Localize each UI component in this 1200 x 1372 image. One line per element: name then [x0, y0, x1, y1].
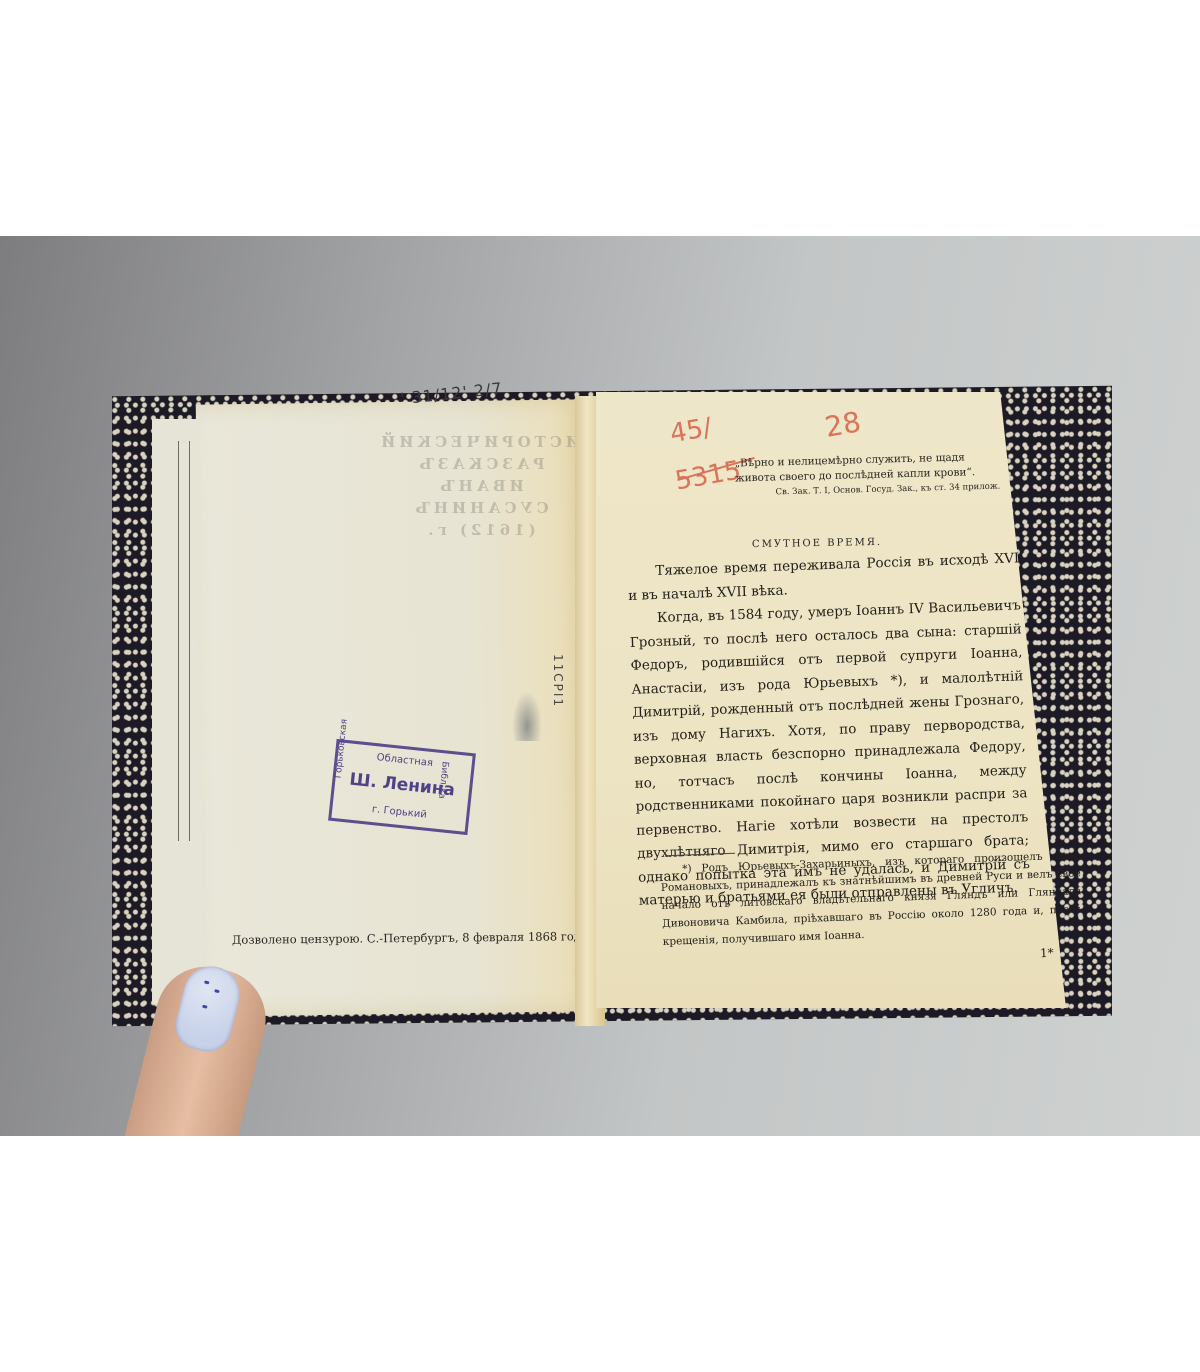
show-through-title: ИСТОРИЧЕСКИЙ РАЗСКАЗЪ ИВАНЪ СУСАНИНЪ (16… [380, 431, 580, 541]
stamp-middle-text: Ш. Ленина [335, 768, 470, 802]
flyleaf-strip [178, 441, 190, 841]
ink-smudge [512, 691, 542, 741]
epigraph: „Вѣрно и нелицемѣрно служить, не щадя жи… [734, 450, 1000, 502]
ghost-title-line: ИВАНЪ СУСАНИНЪ [380, 475, 580, 519]
book-photo: ' 31/12' 2/7 ИСТОРИЧЕСКИЙ РАЗСКАЗЪ ИВАНЪ… [0, 236, 1200, 1136]
handwritten-corner-number: 28 [822, 405, 863, 444]
nail-spot [202, 1005, 208, 1009]
stamp-bottom-text: г. Горький [332, 800, 466, 825]
epigraph-text: „Вѣрно и нелицемѣрно служить, не щадя жи… [734, 451, 975, 484]
pencil-inventory-number: 11CPI1 [551, 654, 565, 708]
footnote: *) Родъ Юрьевыхъ-Захарьиныхъ, изъ котора… [660, 846, 1083, 951]
signature-mark: 1* [1040, 946, 1054, 960]
ghost-title-line: (1612) г. [380, 519, 580, 541]
nail-spot [204, 980, 210, 984]
footnote-text: *) Родъ Юрьевыхъ-Захарьиныхъ, изъ котора… [660, 846, 1083, 951]
nail-spot [214, 989, 220, 993]
ghost-title-line: ИСТОРИЧЕСКИЙ РАЗСКАЗЪ [380, 431, 580, 475]
chapter-title: СМУТНОЕ ВРЕМЯ. [752, 537, 882, 550]
library-stamp: Областная Ш. Ленина г. Горький Горьковск… [328, 739, 476, 835]
